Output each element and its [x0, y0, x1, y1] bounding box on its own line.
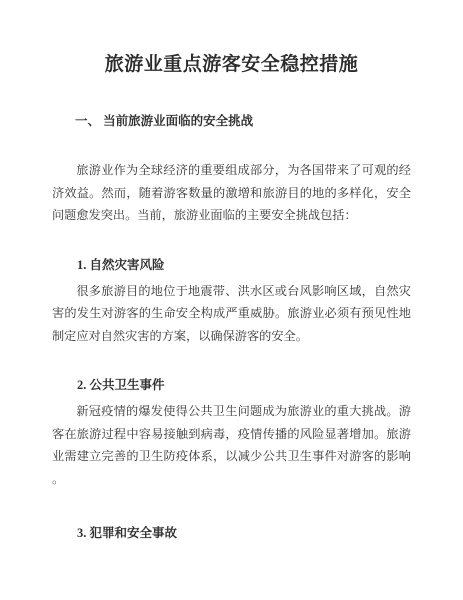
- subsection-heading-natural-disaster: 1. 自然灾害风险: [52, 255, 411, 275]
- subsection-body-public-health: 新冠疫情的爆发使得公共卫生问题成为旅游业的重大挑战。游客在旅游过程中容易接触到病…: [52, 400, 411, 490]
- section-heading-challenges: 一、 当前旅游业面临的安全挑战: [52, 111, 411, 131]
- document-title: 旅游业重点游客安全稳控措施: [52, 52, 411, 78]
- document-page: 旅游业重点游客安全稳控措施 一、 当前旅游业面临的安全挑战 旅游业作为全球经济的…: [0, 0, 463, 600]
- subsection-heading-crime-accidents: 3. 犯罪和安全事故: [52, 523, 411, 543]
- subsection-heading-public-health: 2. 公共卫生事件: [52, 375, 411, 395]
- subsection-body-natural-disaster: 很多旅游目的地位于地震带、洪水区或台风影响区域，自然灾害的发生对游客的生命安全构…: [52, 280, 411, 348]
- intro-paragraph: 旅游业作为全球经济的重要组成部分，为各国带来了可观的经济效益。然而，随着游客数量…: [52, 159, 411, 227]
